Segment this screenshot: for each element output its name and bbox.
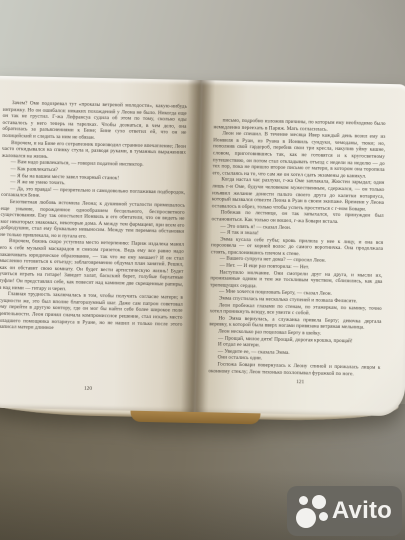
book-photo: Зачем? Оме подозревал тут «проказы ветре… (0, 0, 405, 540)
right-page: письмо, подробно изложив причины, по кот… (195, 80, 405, 416)
avito-logo-icon (296, 495, 330, 528)
left-page-number: 120 (0, 384, 195, 394)
avito-brand-text: Avito (332, 497, 392, 525)
open-book: Зачем? Оме подозревал тут «проказы ветре… (0, 76, 405, 417)
right-page-text: письмо, подробно изложив причины, по кот… (208, 117, 385, 378)
left-page: Зачем? Оме подозревал тут «проказы ветре… (0, 76, 201, 412)
left-page-text: Зачем? Оме подозревал тут «проказы ветре… (0, 100, 187, 335)
right-page-number: 121 (195, 377, 405, 387)
avito-watermark: Avito (287, 486, 402, 536)
